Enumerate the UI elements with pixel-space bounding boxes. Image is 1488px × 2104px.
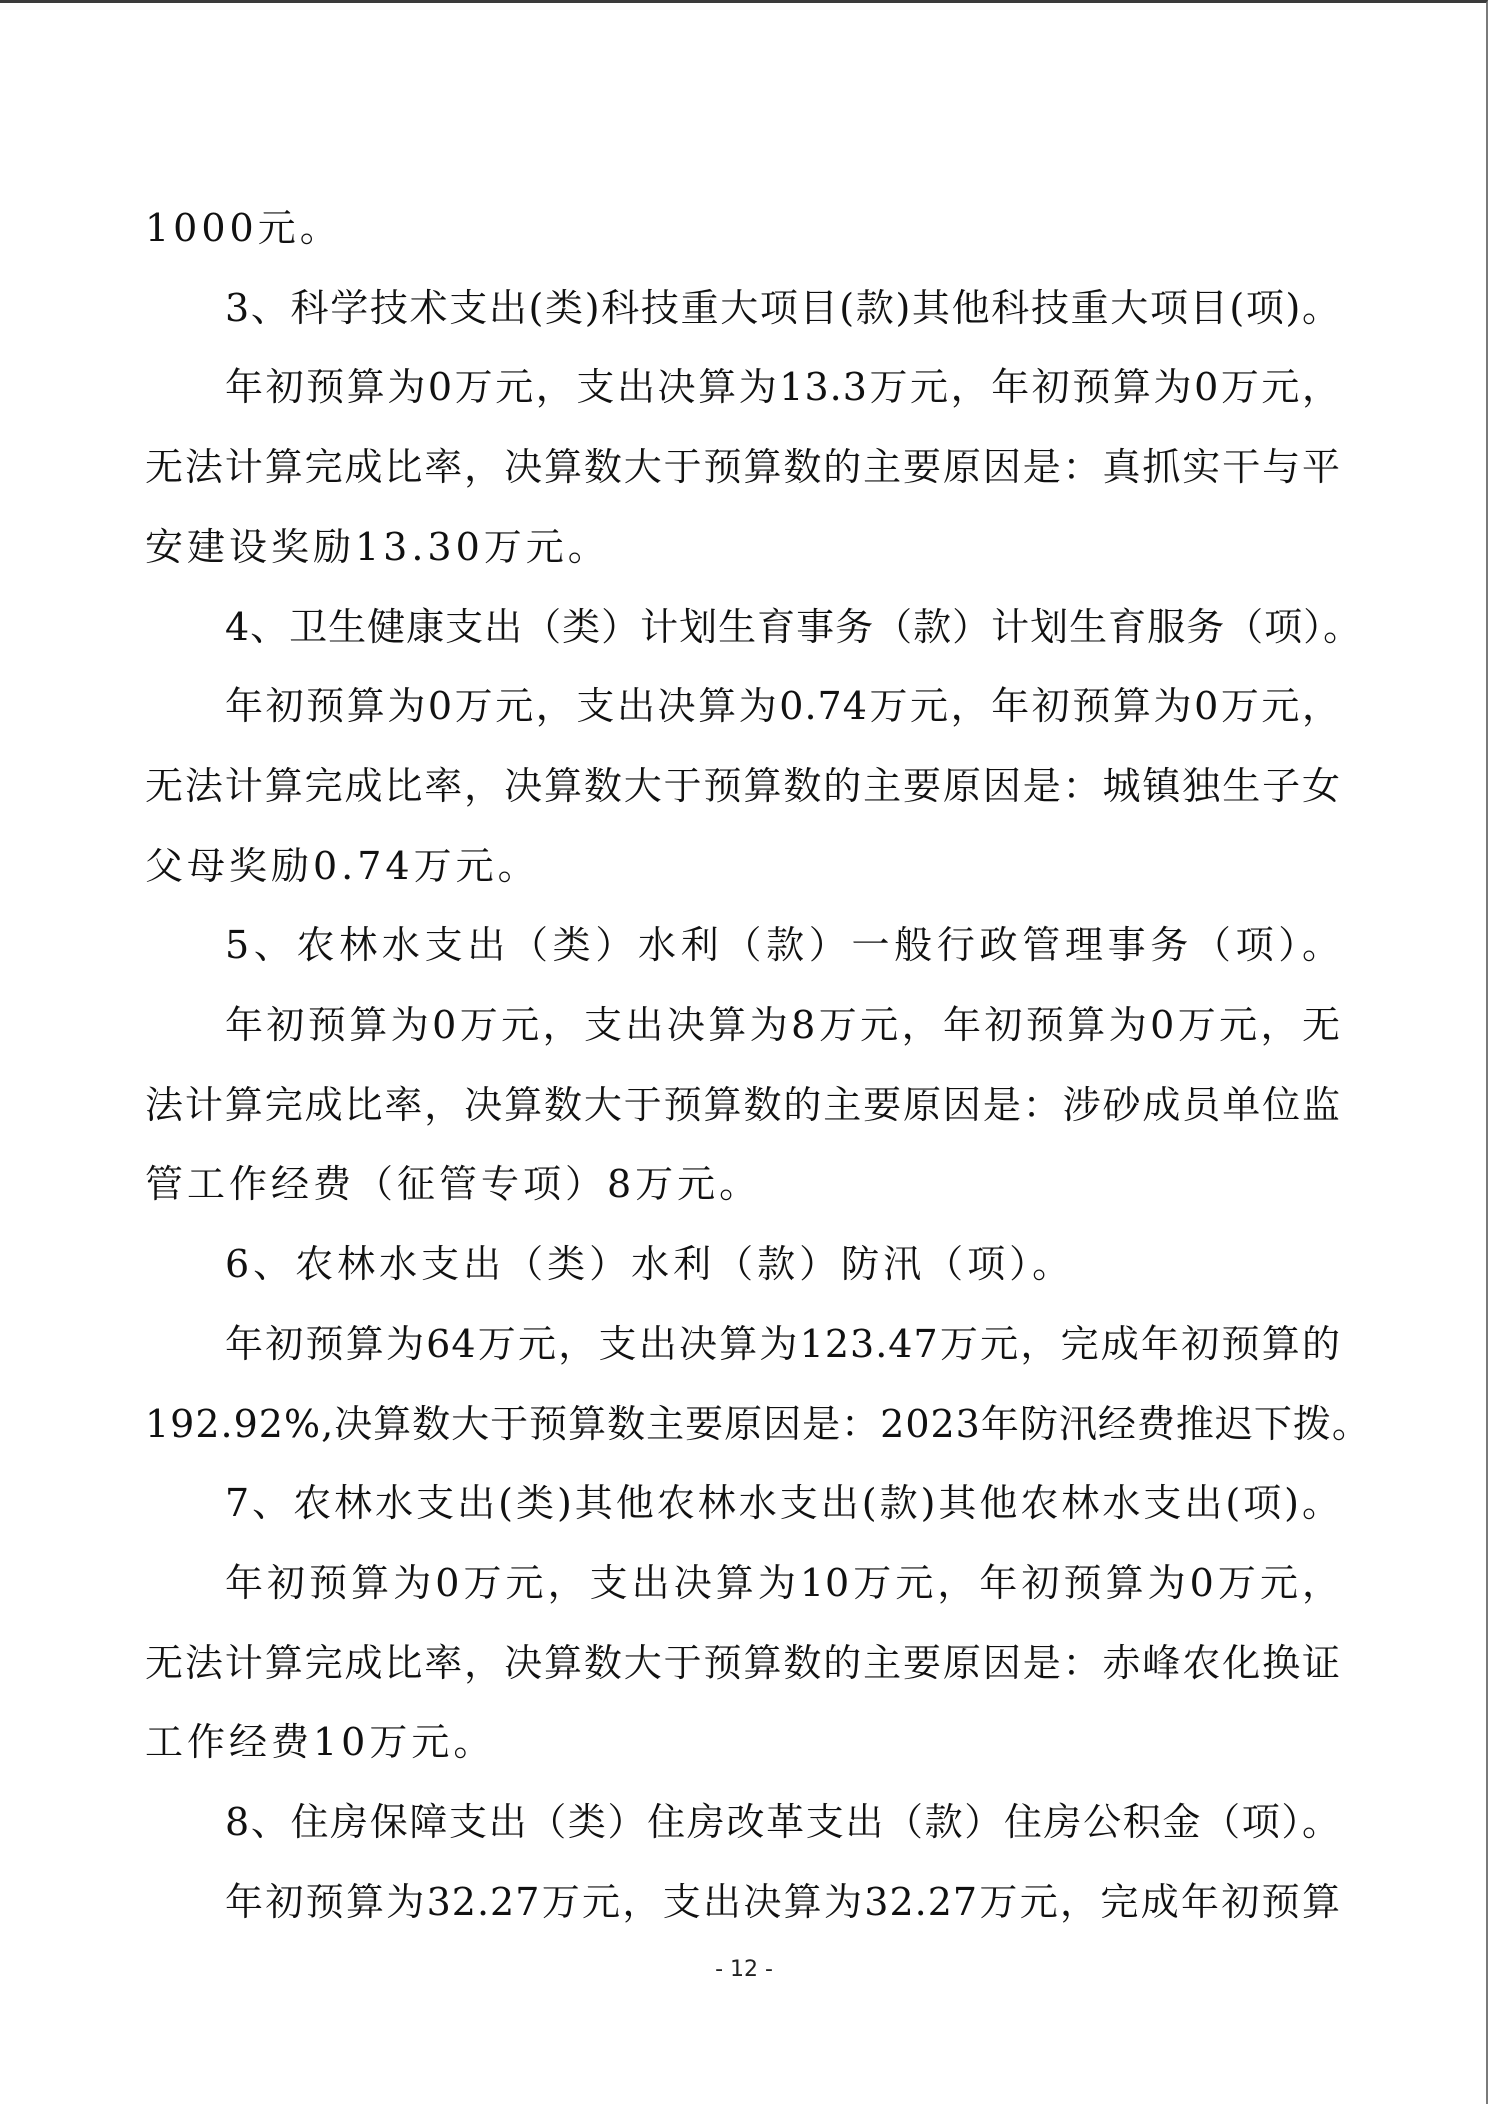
- text-line-0: 1000元。: [145, 204, 1341, 252]
- text-line-11: 法计算完成比率，决算数大于预算数的主要原因是：涉砂成员单位监: [145, 1081, 1341, 1129]
- text-line-9: 5、农林水支出（类）水利（款）一般行政管理事务（项）。: [225, 921, 1341, 969]
- text-line-12: 管工作经费（征管专项）8万元。: [145, 1160, 1341, 1208]
- text-line-18: 无法计算完成比率，决算数大于预算数的主要原因是：赤峰农化换证: [145, 1639, 1341, 1687]
- text-line-13: 6、农林水支出（类）水利（款）防汛（项）。: [225, 1240, 1341, 1288]
- text-line-19: 工作经费10万元。: [145, 1718, 1341, 1766]
- text-line-14: 年初预算为64万元，支出决算为123.47万元，完成年初预算的: [225, 1320, 1341, 1368]
- text-line-7: 无法计算完成比率，决算数大于预算数的主要原因是：城镇独生子女: [145, 762, 1341, 810]
- text-line-16: 7、农林水支出(类)其他农林水支出(款)其他农林水支出(项)。: [225, 1479, 1341, 1527]
- text-line-1: 3、科学技术支出(类)科技重大项目(款)其他科技重大项目(项)。: [225, 284, 1341, 332]
- text-line-3: 无法计算完成比率，决算数大于预算数的主要原因是：真抓实干与平: [145, 443, 1341, 491]
- text-line-15: 192.92%,决算数大于预算数主要原因是：2023年防汛经费推迟下拨。: [145, 1400, 1341, 1448]
- document-page: 1000元。 3、科学技术支出(类)科技重大项目(款)其他科技重大项目(项)。 …: [0, 0, 1488, 2104]
- text-line-6: 年初预算为0万元，支出决算为0.74万元，年初预算为0万元，: [225, 682, 1341, 730]
- text-line-5: 4、卫生健康支出（类）计划生育事务（款）计划生育服务（项）。: [225, 603, 1341, 651]
- text-line-20: 8、住房保障支出（类）住房改革支出（款）住房公积金（项）。: [225, 1798, 1341, 1846]
- text-line-2: 年初预算为0万元，支出决算为13.3万元，年初预算为0万元，: [225, 363, 1341, 411]
- text-line-8: 父母奖励0.74万元。: [145, 842, 1341, 890]
- text-line-21: 年初预算为32.27万元，支出决算为32.27万元，完成年初预算: [225, 1878, 1341, 1926]
- text-line-17: 年初预算为0万元，支出决算为10万元，年初预算为0万元，: [225, 1559, 1341, 1607]
- page-number: - 12 -: [0, 1953, 1488, 1987]
- text-line-10: 年初预算为0万元，支出决算为8万元，年初预算为0万元，无: [225, 1001, 1341, 1049]
- text-line-4: 安建设奖励13.30万元。: [145, 523, 1341, 571]
